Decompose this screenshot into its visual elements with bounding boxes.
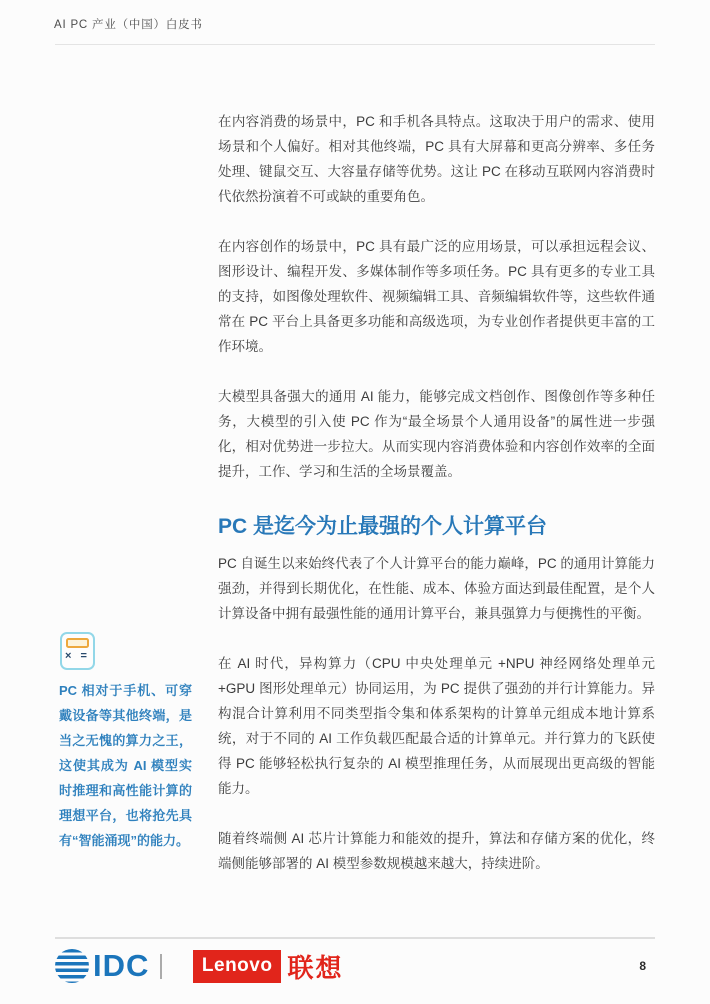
idc-logo: IDC [55, 948, 149, 984]
body-paragraph: 在 AI 时代，异构算力（CPU 中央处理单元 +NPU 神经网络处理单元 +G… [218, 651, 655, 801]
body-paragraph: 随着终端侧 AI 芯片计算能力和能效的提升，算法和存储方案的优化，终端侧能够部署… [218, 826, 655, 876]
header-divider [55, 44, 655, 45]
main-text-column: 在内容消费的场景中，PC 和手机各具特点。这取决于用户的需求、使用场景和个人偏好… [218, 109, 655, 901]
footer-divider [55, 937, 655, 939]
lenovo-wordmark: Lenovo [193, 950, 282, 983]
footer-logo-divider [160, 954, 162, 979]
page-number: 8 [639, 959, 646, 973]
lenovo-logo: Lenovo 联想 [193, 948, 344, 985]
section-heading: PC 是迄今为止最强的个人计算平台 [218, 512, 655, 542]
idc-wordmark: IDC [93, 948, 149, 984]
document-header-title: AI PC 产业（中国）白皮书 [54, 16, 203, 32]
body-paragraph: PC 自诞生以来始终代表了个人计算平台的能力巅峰，PC 的通用计算能力强劲，并得… [218, 551, 655, 626]
idc-globe-icon [55, 949, 89, 983]
margin-note-text: PC 相对于手机、可穿戴设备等其他终端，是当之无愧的算力之王，这使其成为 AI … [59, 678, 192, 853]
document-page: AI PC 产业（中国）白皮书 × = PC 相对于手机、可穿戴设备等其他终端，… [0, 0, 710, 1004]
body-paragraph: 在内容消费的场景中，PC 和手机各具特点。这取决于用户的需求、使用场景和个人偏好… [218, 109, 655, 209]
body-paragraph: 大模型具备强大的通用 AI 能力，能够完成文档创作、图像创作等多种任务，大模型的… [218, 384, 655, 484]
calculator-icon: × = [60, 632, 95, 670]
calculator-icon-symbols: × = [62, 650, 93, 662]
calculator-icon-screen [66, 638, 89, 648]
footer: IDC Lenovo 联想 8 [55, 948, 655, 984]
body-paragraph: 在内容创作的场景中，PC 具有最广泛的应用场景，可以承担远程会议、图形设计、编程… [218, 234, 655, 359]
lenovo-chinese-wordmark: 联想 [287, 948, 343, 985]
